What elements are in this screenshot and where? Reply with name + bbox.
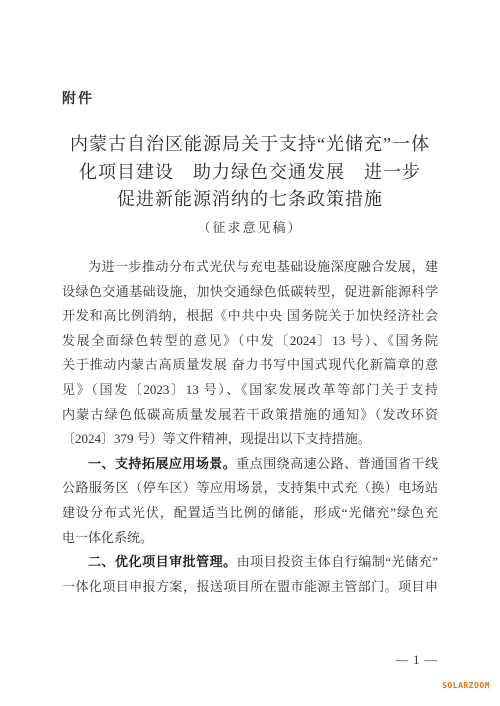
body-line: 〔2024〕379 号）等文件精神，现提出以下支持措施。 — [62, 427, 438, 452]
body-line: 一体化项目申报方案，报送项目所在盟市能源主管部门。项目申 — [62, 575, 438, 600]
title-line: 内蒙古自治区能源局关于支持“光储充”一体 — [40, 131, 460, 159]
document-body: 为进一步推动分布式光伏与充电基础设施深度融合发展，建设绿色交通基础设施，加快交通… — [62, 255, 438, 599]
title-line: 促进新能源消纳的七条政策措施 — [40, 186, 460, 214]
page-number: — 1 — — [396, 653, 439, 668]
body-line: 公路服务区（停车区）等应用场景，支持集中式充（换）电场站 — [62, 476, 438, 501]
body-line: 一、支持拓展应用场景。重点围绕高速公路、普通国省干线 — [62, 452, 438, 477]
section-heading: 二、优化项目审批管理。 — [88, 554, 237, 569]
body-line: 发展全面绿色转型的意见》（中发〔2024〕13 号）、《国务院 — [62, 329, 438, 354]
body-line: 设绿色交通基础设施，加快交通绿色低碳转型，促进新能源科学 — [62, 280, 438, 305]
document-page: 附件 内蒙古自治区能源局关于支持“光储充”一体 化项目建设 助力绿色交通发展 进… — [0, 0, 500, 706]
body-line: 电一体化系统。 — [62, 526, 438, 551]
watermark-solarzoom: SOLARZOOM — [440, 680, 492, 691]
document-subtitle: （征求意见稿） — [0, 217, 500, 236]
body-line: 建设分布式光伏，配置适当比例的储能，形成“光储充”绿色充 — [62, 501, 438, 526]
body-line: 内蒙古绿色低碳高质量发展若干政策措施的通知》（发改环资 — [62, 403, 438, 428]
body-line: 见》（国发〔2023〕13 号）、《国家发展改革等部门关于支持 — [62, 378, 438, 403]
section-heading: 一、支持拓展应用场景。 — [88, 456, 236, 471]
body-line: 关于推动内蒙古高质量发展 奋力书写中国式现代化新篇章的意 — [62, 353, 438, 378]
title-line: 化项目建设 助力绿色交通发展 进一步 — [40, 159, 460, 187]
attachment-label: 附件 — [62, 88, 94, 108]
body-line: 开发和高比例消纳，根据《中共中央 国务院关于加快经济社会 — [62, 304, 438, 329]
body-line: 为进一步推动分布式光伏与充电基础设施深度融合发展，建 — [62, 255, 438, 280]
document-title: 内蒙古自治区能源局关于支持“光储充”一体 化项目建设 助力绿色交通发展 进一步 … — [40, 131, 460, 214]
body-line: 二、优化项目审批管理。由项目投资主体自行编制“光储充” — [62, 550, 438, 575]
